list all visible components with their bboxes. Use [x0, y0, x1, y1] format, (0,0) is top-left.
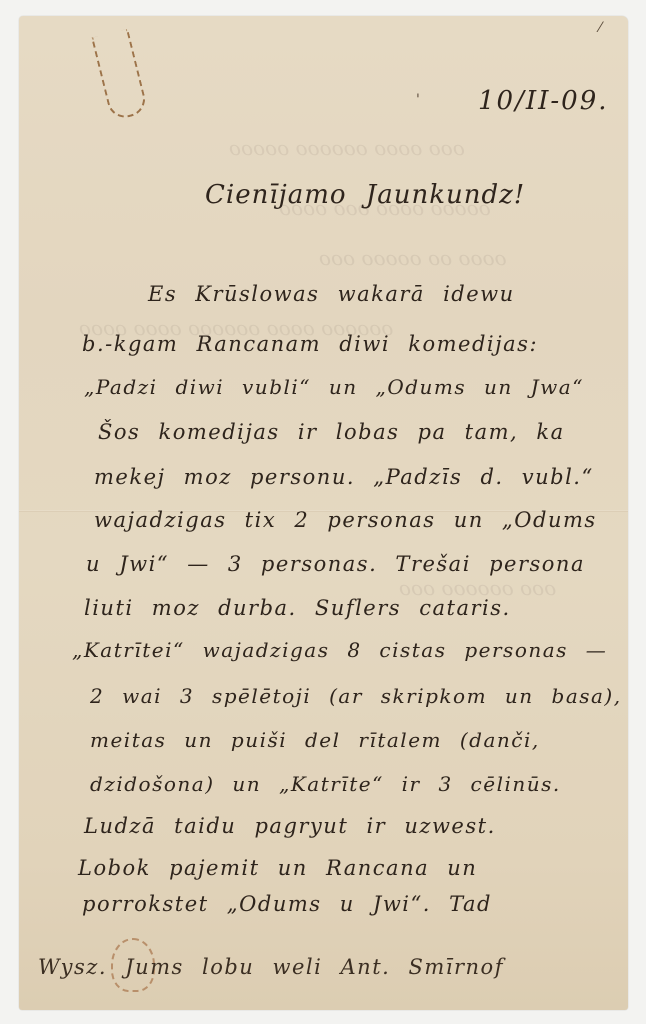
letter-body-line: Šos komedijas ir lobas pa tam, ka [98, 420, 565, 444]
ink-mark: ⁄ [599, 20, 601, 36]
ink-stain-u-mark [91, 29, 149, 122]
letter-body-line: porrokstet „Odums u Jwi“. Tad [82, 892, 492, 916]
ink-speck: ' [416, 92, 420, 108]
signature-line: Wysz. Jums lobu weli Ant. Smīrnof [38, 955, 504, 979]
bleed-through-text: oooo oo ooooo ooo [319, 246, 507, 270]
letter-body-line: Es Krūslowas wakarā idewu [148, 282, 515, 306]
letter-body-line: „Padzi diwi vubli“ un „Odums un Jwa“ [84, 375, 584, 399]
letter-body-line: dzidošona) un „Katrīte“ ir 3 cēlinūs. [90, 772, 561, 796]
bleed-through-text: ooo oooo oooooo ooooo [229, 136, 465, 160]
letter-body-line: Ludzā taidu pagryut ir uzwest. [84, 814, 496, 838]
letter-salutation: Cienījamo Jaunkundz! [205, 180, 525, 210]
letter-body-line: wajadzigas tix 2 personas un „Odums [94, 508, 597, 532]
letter-body-line: b.-kgam Rancanam diwi komedijas: [82, 332, 538, 356]
letter-body-line: liuti moz durba. Suflers cataris. [84, 596, 511, 620]
letter-body-line: 2 wai 3 spēlētoji (ar skripkom un basa), [90, 684, 622, 708]
letter-body-line: u Jwi“ — 3 personas. Trešai persona [86, 552, 585, 576]
letter-date: 10/II-09. [478, 86, 609, 116]
letter-body-line: mekej moz personu. „Padzīs d. vubl.“ [94, 465, 594, 489]
letter-body-line: „Katrītei“ wajadzigas 8 cistas personas … [72, 638, 607, 662]
letter-body-line: Lobok pajemit un Rancana un [78, 856, 477, 880]
letter-body-line: meitas un puiši del rītalem (danči, [90, 728, 540, 752]
